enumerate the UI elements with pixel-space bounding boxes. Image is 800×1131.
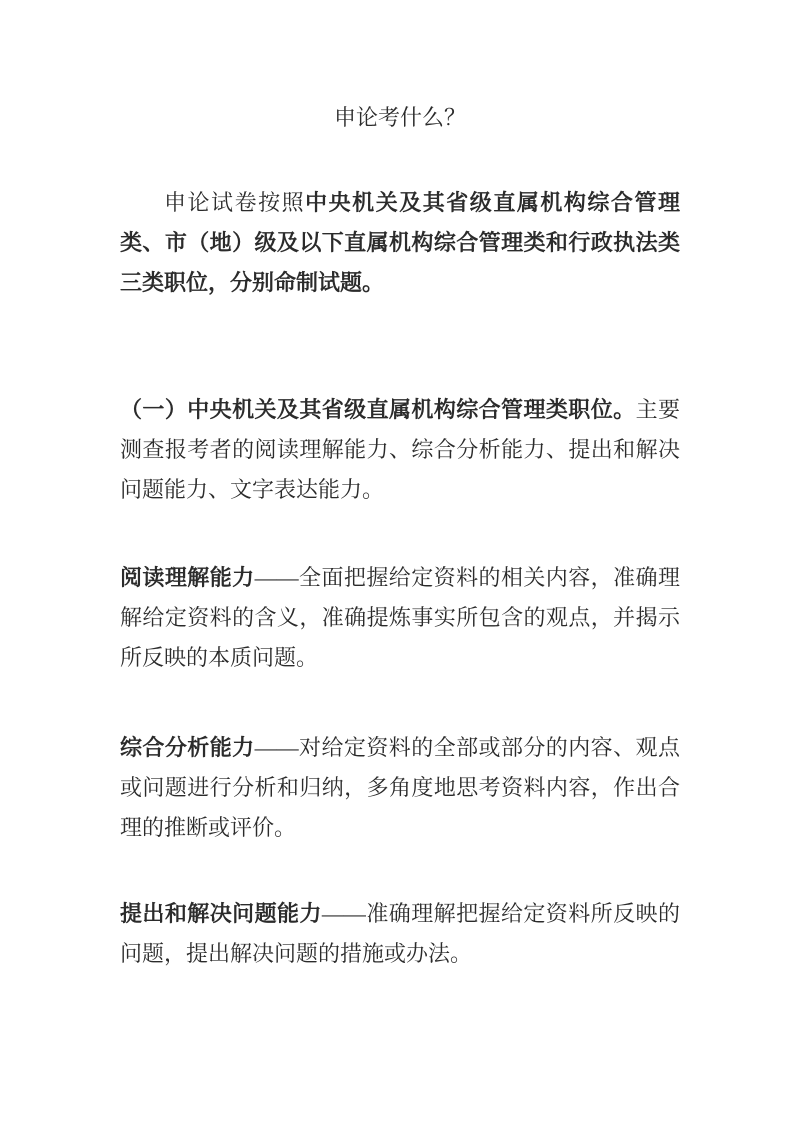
- text-segment-bold: 提出和解决问题能力: [120, 901, 322, 926]
- paragraph-intro: 申论试卷按照中央机关及其省级直属机构综合管理类、市（地）级及以下直属机构综合管理…: [120, 183, 680, 303]
- document-title: 申论考什么？: [120, 98, 680, 138]
- text-segment-bold: 阅读理解能力: [120, 565, 255, 590]
- text-segment-bold: （一）中央机关及其省级直属机构综合管理类职位。: [120, 397, 636, 422]
- paragraph-problem-solving: 提出和解决问题能力——准确理解把握给定资料所反映的问题，提出解决问题的措施或办法…: [120, 894, 680, 974]
- text-segment-bold: 综合分析能力: [120, 735, 255, 760]
- text-segment: 申论试卷按照: [164, 190, 305, 215]
- paragraph-comprehensive-analysis: 综合分析能力——对给定资料的全部或部分的内容、观点或问题进行分析和归纳，多角度地…: [120, 728, 680, 848]
- document-page: 申论考什么？ 申论试卷按照中央机关及其省级直属机构综合管理类、市（地）级及以下直…: [0, 0, 800, 1131]
- paragraph-reading-comprehension: 阅读理解能力——全面把握给定资料的相关内容，准确理解给定资料的含义，准确提炼事实…: [120, 558, 680, 678]
- paragraph-section-1-central-agencies: （一）中央机关及其省级直属机构综合管理类职位。主要测查报考者的阅读理解能力、综合…: [120, 390, 680, 510]
